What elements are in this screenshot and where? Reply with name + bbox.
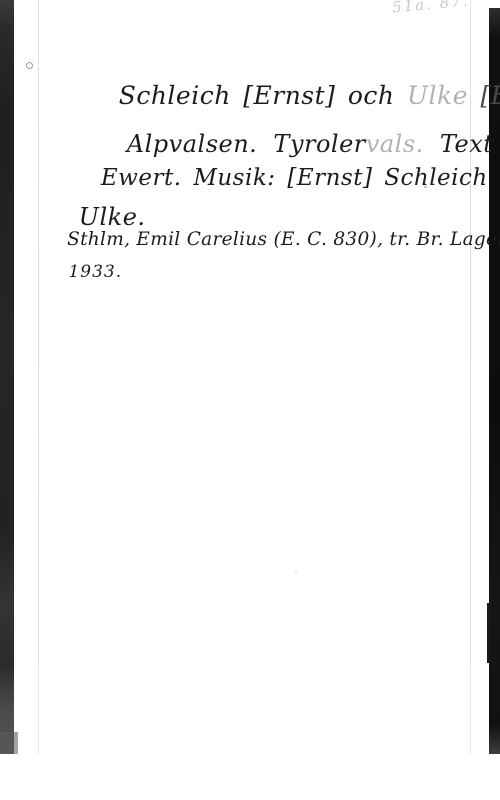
imprint-text: Sthlm, Emil Carelius (E. C. 830), tr. Br…	[67, 229, 500, 250]
scan-speck	[295, 570, 297, 572]
entry-year-line: 1933.	[30, 242, 122, 302]
credits-text: Ewert. Musik: [Ernst] Schleich och [Eric…	[101, 165, 500, 191]
margin-circle-mark	[26, 62, 33, 69]
scanned-catalog-card: 51a. 87. Schleich [Ernst] och Ulke [Eric…	[0, 0, 500, 800]
scan-left-black-band	[0, 0, 14, 754]
pencil-shelfmark-note: 51a. 87.	[391, 0, 492, 16]
year-text: 1933.	[68, 262, 122, 282]
scan-speck	[424, 186, 427, 188]
